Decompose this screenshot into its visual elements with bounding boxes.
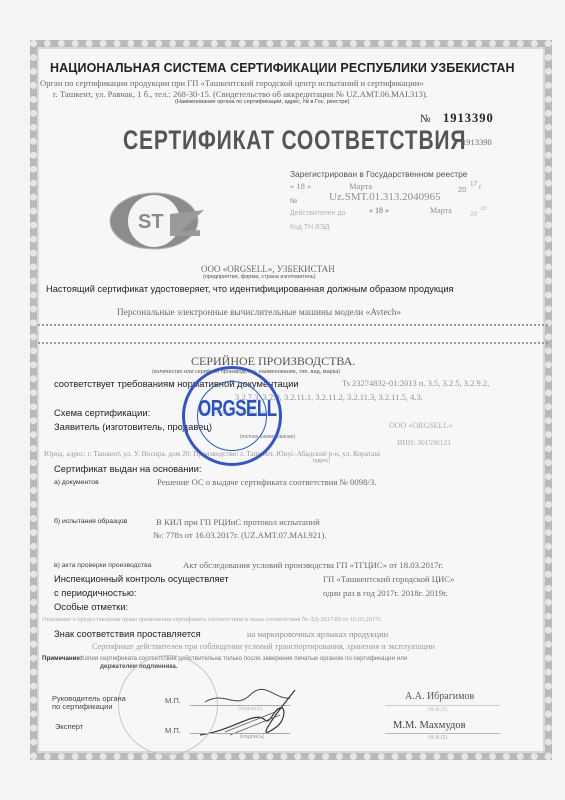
manufacturer-name: ООО «ORGSELL», УЗБЕКИСТАН xyxy=(201,264,335,274)
registry-number-label: № xyxy=(290,198,298,205)
period-value: один раз в год 2017г. 2018г. 2019г. xyxy=(323,588,448,598)
svg-text:ST: ST xyxy=(138,211,164,233)
period-label: с периодичностью: xyxy=(54,587,137,598)
expert-signature-caption: (подпись) xyxy=(240,734,264,740)
valid-until-label: Действителен до xyxy=(290,210,345,217)
valid-year-suffix: 20 xyxy=(480,205,487,212)
mp-label-head: М.П. xyxy=(165,696,181,705)
registry-day: « 18 » xyxy=(290,181,311,191)
valid-year-prefix: 20 xyxy=(470,211,477,218)
certificate-number: 1913390 xyxy=(443,111,494,126)
tests-line1: В КИЛ при ГП РЦИиС протокол испытаний xyxy=(156,517,320,527)
registry-year-prefix: 20 xyxy=(458,185,466,194)
valid-month: Марта xyxy=(430,206,452,215)
certification-body: Орган по сертификации продукции при ГП «… xyxy=(40,78,424,88)
production-type: СЕРИЙНОЕ ПРОИЗВОДСТВА. xyxy=(191,354,355,369)
expert-label: Эксперт xyxy=(55,722,83,731)
applicant-address: Юрид. адрес: г. Ташкент, ул. У. Носира, … xyxy=(44,449,549,458)
product-name: Персональные электронные вычислительные … xyxy=(117,308,401,318)
registry-year-unit: г xyxy=(479,183,482,191)
registry-label: Зарегистрирован в Государственном реестр… xyxy=(290,169,467,179)
compliance-value-line1: Ts 23274832-01:2013 п. 3.5, 3.2.5, 3.2.9… xyxy=(342,378,489,388)
expert-fio-caption: (Ф.И.О) xyxy=(428,735,447,741)
basis-label: Сертификат выдан на основании: xyxy=(54,463,202,474)
applicant-inn: ИНН: 301598121 xyxy=(397,438,451,447)
mp-label-expert: М.П. xyxy=(165,726,181,735)
registry-year-suffix: 17 xyxy=(470,180,477,188)
mark-label: Знак соответствия проставляется xyxy=(54,628,201,639)
tests-line2: №: 778э от 16.03.2017г. (UZ.AMT.07.MAI.9… xyxy=(153,530,327,540)
system-title: НАЦИОНАЛЬНАЯ СИСТЕМА СЕРТИФИКАЦИИ РЕСПУБ… xyxy=(50,61,515,75)
orgsell-stamp: ORGSELL xyxy=(182,366,282,466)
valid-day: « 18 » xyxy=(369,206,389,215)
inspection-value: ГП «Ташкентский городской ЦИС» xyxy=(323,574,454,584)
expert-name: М.М. Махмудов xyxy=(393,720,466,731)
tn-ved-label: Код ТН ВЭД xyxy=(290,224,329,231)
st-logo-icon: ST xyxy=(108,186,208,252)
mark-value: на маркировочных ярлыках продукции xyxy=(247,629,388,639)
head-fio-caption: (Ф.И.О) xyxy=(428,707,447,713)
registry-month: Марта xyxy=(349,181,372,191)
certificate-number-small: 1913390 xyxy=(462,137,492,147)
documents-label: а) документов xyxy=(54,479,99,486)
inspection-label: Инспекционный контроль осуществляет xyxy=(54,573,229,584)
head-label-2: по сертификации xyxy=(52,702,113,711)
head-name: А.А. Ибрагимов xyxy=(405,691,474,702)
notes-label: Особые отметки: xyxy=(54,601,128,612)
number-label: № xyxy=(420,113,431,125)
audit-label: в) акта проверки производства xyxy=(54,562,151,569)
documents-value: Решение ОС о выдаче сертификата соответс… xyxy=(157,477,376,487)
manufacturer-caption: (предприятие, фирма, страна изготовитель… xyxy=(203,274,316,280)
notes-value: Основание о предоставлении права примене… xyxy=(42,616,552,623)
audit-value: Акт обследования условий производства ГП… xyxy=(183,560,443,570)
certification-body-address: г. Ташкент, ул. Равнак, 1 б., тел.: 268-… xyxy=(53,89,428,99)
certificate-title: СЕРТИФИКАТ СООТВЕТСТВИЯ xyxy=(123,125,466,156)
certification-body-caption: (Наименование органа по сертификации, ад… xyxy=(175,99,349,105)
remark-label: Примечание: xyxy=(42,655,82,662)
applicant-name: ООО «ORGSELL» xyxy=(389,421,452,430)
address-caption: (адрес) xyxy=(313,458,330,464)
tests-label: б) испытания образцов xyxy=(54,518,127,525)
statement-text: Настоящий сертификат удостоверяет, что и… xyxy=(46,284,454,294)
remark-line1: Копия сертификата соответствия действите… xyxy=(81,655,407,662)
validity-note: Сертификат действителен при соблюдении у… xyxy=(92,642,435,651)
registry-number: Uz.SMT.01.313.2040965 xyxy=(329,191,441,203)
scheme-label: Схема сертификации: xyxy=(54,407,150,418)
